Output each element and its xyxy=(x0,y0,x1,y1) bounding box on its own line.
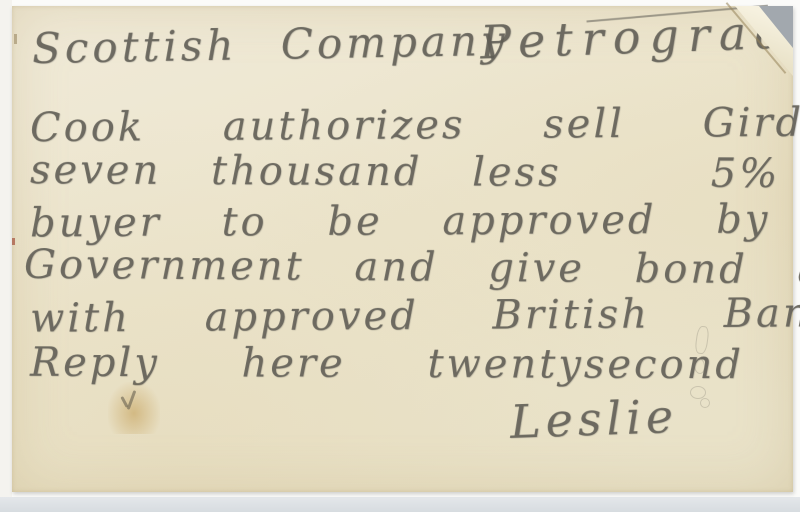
paper: Scottish Company Petrograd Cook authoriz… xyxy=(12,6,793,492)
handwritten-line: Government and give bond along xyxy=(24,242,800,294)
handwritten-line: seven thousand less 5% Commission xyxy=(30,147,800,199)
faint-pencil-marks xyxy=(684,324,718,420)
signature: Leslie xyxy=(509,389,679,449)
faint-pencil-stroke xyxy=(700,398,710,408)
header-company: Scottish Company xyxy=(32,16,509,73)
scan-background-bottom xyxy=(0,497,800,512)
stain-stroke xyxy=(120,396,128,408)
handwritten-line: Reply here twentysecond xyxy=(30,340,744,388)
scan-background-edge xyxy=(0,0,12,497)
stain-mark xyxy=(108,382,160,434)
handwritten-line: Cook authorizes sell Girdleness xyxy=(30,99,800,151)
paper-edge-speck xyxy=(12,238,15,245)
scanned-document-view: Scottish Company Petrograd Cook authoriz… xyxy=(0,0,800,512)
stain-stroke xyxy=(127,390,137,410)
paper-edge-speck xyxy=(14,34,17,44)
faint-pencil-stroke xyxy=(693,357,706,374)
faint-pencil-stroke xyxy=(694,325,710,354)
handwritten-line: buyer to be approved by British xyxy=(30,195,800,246)
